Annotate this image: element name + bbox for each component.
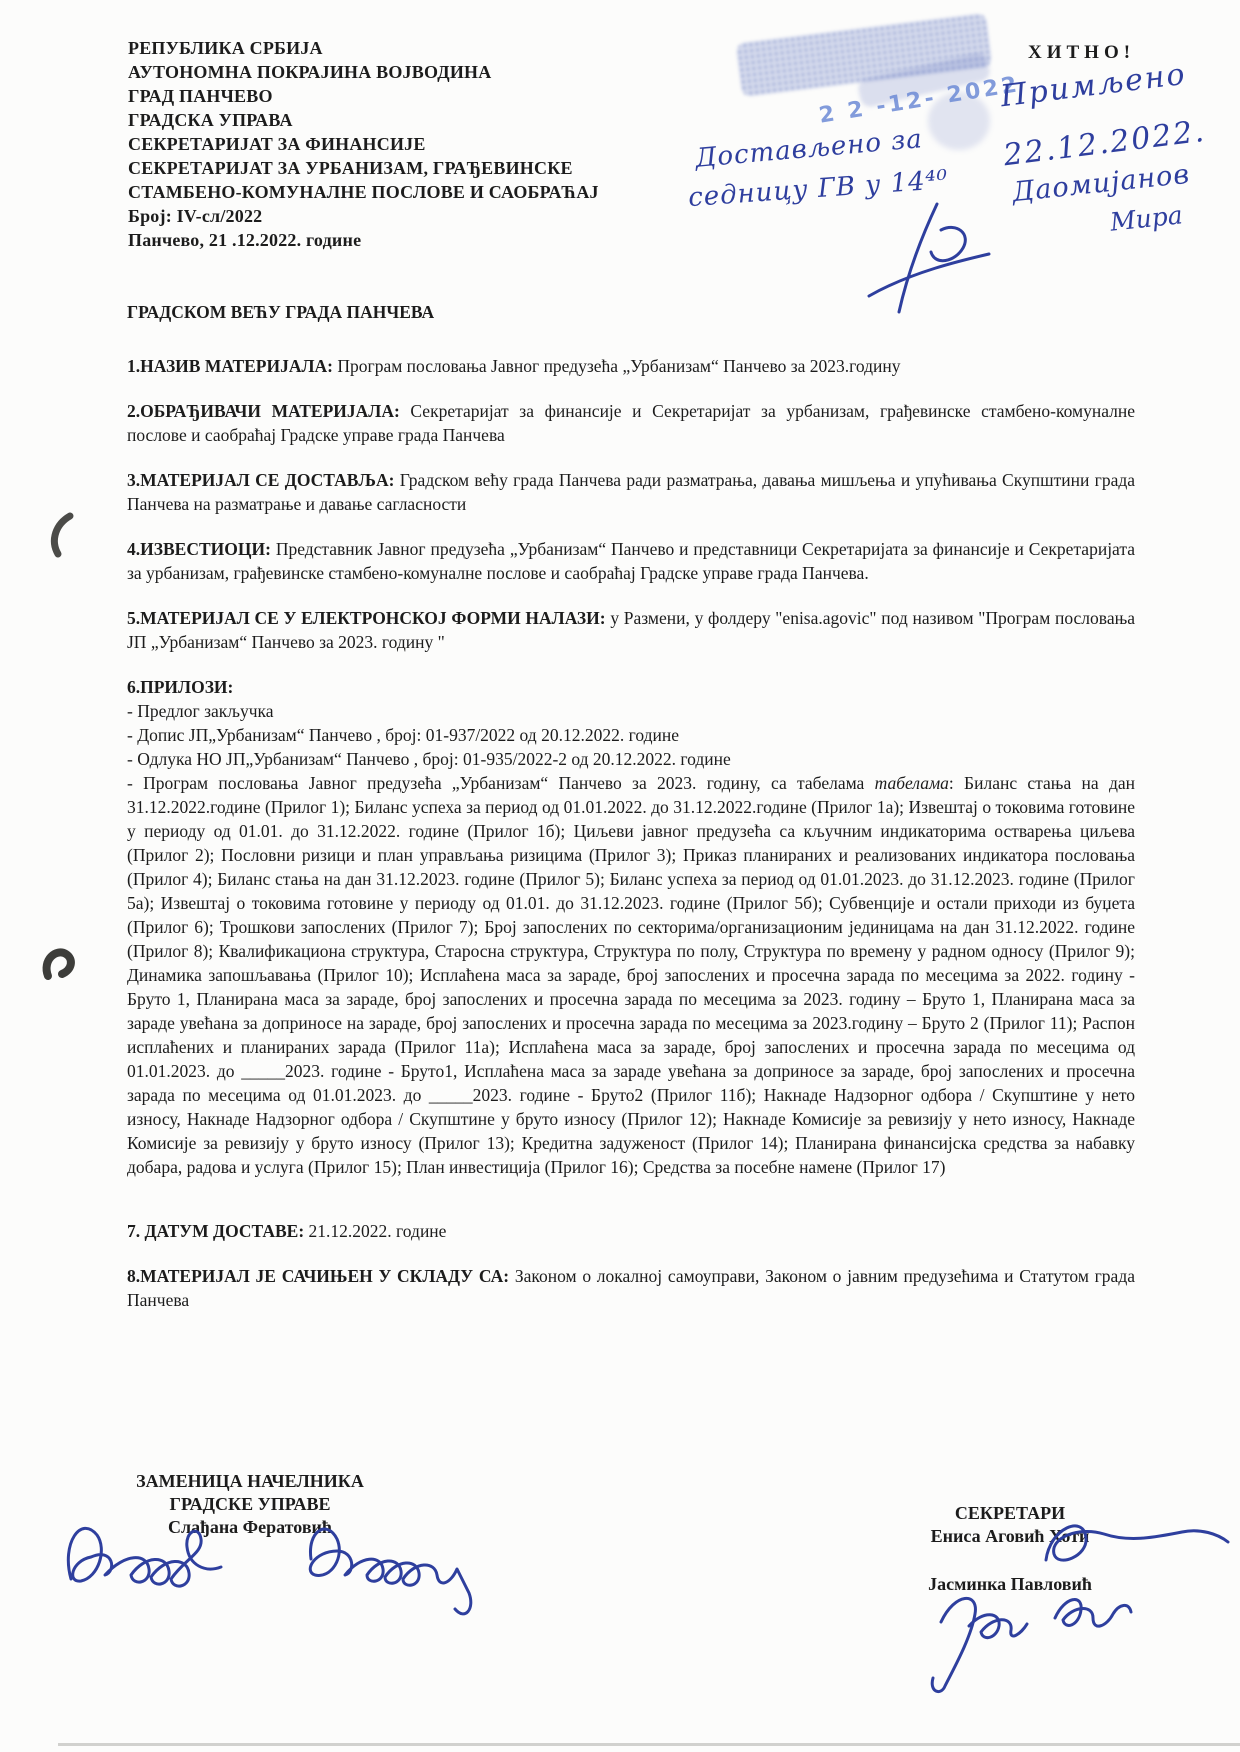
letterhead-line: СЕКРЕТАРИЈАТ ЗА УРБАНИЗАМ, ГРАЂЕВИНСКЕ <box>128 156 599 180</box>
section-3: 3.МАТЕРИЈАЛ СЕ ДОСТАВЉА: Градском већу г… <box>127 468 1135 516</box>
document-body: ГРАДСКОМ ВЕЋУ ГРАДА ПАНЧЕВА 1.НАЗИВ МАТЕ… <box>127 300 1135 1333</box>
section-5: 5.МАТЕРИЈАЛ СЕ У ЕЛЕКТРОНСКОЈ ФОРМИ НАЛА… <box>127 606 1135 654</box>
letterhead-line: РЕПУБЛИКА СРБИЈА <box>128 36 599 60</box>
section-1-label: 1.НАЗИВ МАТЕРИЈАЛА: <box>127 356 333 376</box>
prilozi-long-prefix: - Програм пословања Јавног предузећа „Ур… <box>127 773 875 793</box>
section-5-label: 5.МАТЕРИЈАЛ СЕ У ЕЛЕКТРОНСКОЈ ФОРМИ НАЛА… <box>127 608 606 628</box>
section-8-label: 8.МАТЕРИЈАЛ ЈЕ САЧИЊЕН У СКЛАДУ СА: <box>127 1266 509 1286</box>
prilozi-long-italic-word: табелама <box>875 773 949 793</box>
section-7: 7. ДАТУМ ДОСТАВЕ: 21.12.2022. године <box>127 1219 1135 1243</box>
prilozi-item: - Одлука НО ЈП„Урбанизам“ Панчево , број… <box>127 747 1135 771</box>
section-4: 4.ИЗВЕСТИОЦИ: Представник Јавног предузе… <box>127 537 1135 585</box>
scan-artifact-hole-2 <box>40 946 78 988</box>
document-number: Број: IV-сл/2022 <box>128 204 599 228</box>
letterhead-line: ГРАД ПАНЧЕВО <box>128 84 599 108</box>
prilozi-long-rest: : Биланс стања на дан 31.12.2022.године … <box>127 773 1135 1177</box>
section-6: 6.ПРИЛОЗИ: - Предлог закључка - Допис ЈП… <box>127 675 1135 1179</box>
section-2: 2.ОБРАЂИВАЧИ МАТЕРИЈАЛА: Секретаријат за… <box>127 399 1135 447</box>
letterhead-line: АУТОНОМНА ПОКРАЈИНА ВОЈВОДИНА <box>128 60 599 84</box>
handwritten-delivery-note-line1: Достављено за <box>694 124 924 174</box>
letterhead-line: СТАМБЕНО-КОМУНАЛНЕ ПОСЛОВЕ И САОБРАЋАЈ <box>128 180 599 204</box>
letterhead-line: ГРАДСКА УПРАВА <box>128 108 599 132</box>
handwritten-signature-jasminka <box>915 1582 1145 1697</box>
letterhead-line: СЕКРЕТАРИЈАТ ЗА ФИНАНСИЈЕ <box>128 132 599 156</box>
date-stamp: 2 2 -12- 2022 <box>817 72 1021 128</box>
section-1: 1.НАЗИВ МАТЕРИЈАЛА: Програм пословања Ја… <box>127 354 1135 378</box>
scan-artifact-hole-1 <box>46 512 80 558</box>
section-7-text: 21.12.2022. године <box>309 1221 447 1241</box>
scan-edge-line <box>58 1743 1240 1746</box>
handwritten-received-signature-line2: Мира <box>1109 200 1184 236</box>
prilozi-long-item: - Програм пословања Јавног предузећа „Ур… <box>127 771 1135 1179</box>
document-page: РЕПУБЛИКА СРБИЈА АУТОНОМНА ПОКРАЈИНА ВОЈ… <box>0 0 1240 1752</box>
recipient-heading: ГРАДСКОМ ВЕЋУ ГРАДА ПАНЧЕВА <box>127 300 1135 324</box>
prilozi-item: - Предлог закључка <box>127 699 1135 723</box>
urgent-label: ХИТНО! <box>1028 42 1135 64</box>
handwritten-received-word: Примљено <box>999 57 1189 115</box>
section-3-label: 3.МАТЕРИЈАЛ СЕ ДОСТАВЉА: <box>127 470 394 490</box>
section-1-text: Програм пословања Јавног предузећа „Урба… <box>337 356 900 376</box>
prilozi-item: - Допис ЈП„Урбанизам“ Панчево , број: 01… <box>127 723 1135 747</box>
left-title-line1: ЗАМЕНИЦА НАЧЕЛНИКА <box>110 1470 390 1493</box>
handwritten-signature-enisa <box>1030 1512 1235 1574</box>
section-7-label: 7. ДАТУМ ДОСТАВЕ: <box>127 1221 304 1241</box>
section-2-label: 2.ОБРАЂИВАЧИ МАТЕРИЈАЛА: <box>127 401 400 421</box>
section-4-label: 4.ИЗВЕСТИОЦИ: <box>127 539 271 559</box>
handwritten-signature-left <box>55 1495 485 1655</box>
section-8: 8.МАТЕРИЈАЛ ЈЕ САЧИЊЕН У СКЛАДУ СА: Зако… <box>127 1264 1135 1312</box>
letterhead: РЕПУБЛИКА СРБИЈА АУТОНОМНА ПОКРАЈИНА ВОЈ… <box>128 36 599 252</box>
section-4-text: Представник Јавног предузећа „Урбанизам“… <box>127 539 1135 583</box>
place-date-line: Панчево, 21 .12.2022. године <box>128 228 599 252</box>
section-6-label: 6.ПРИЛОЗИ: <box>127 675 1135 699</box>
